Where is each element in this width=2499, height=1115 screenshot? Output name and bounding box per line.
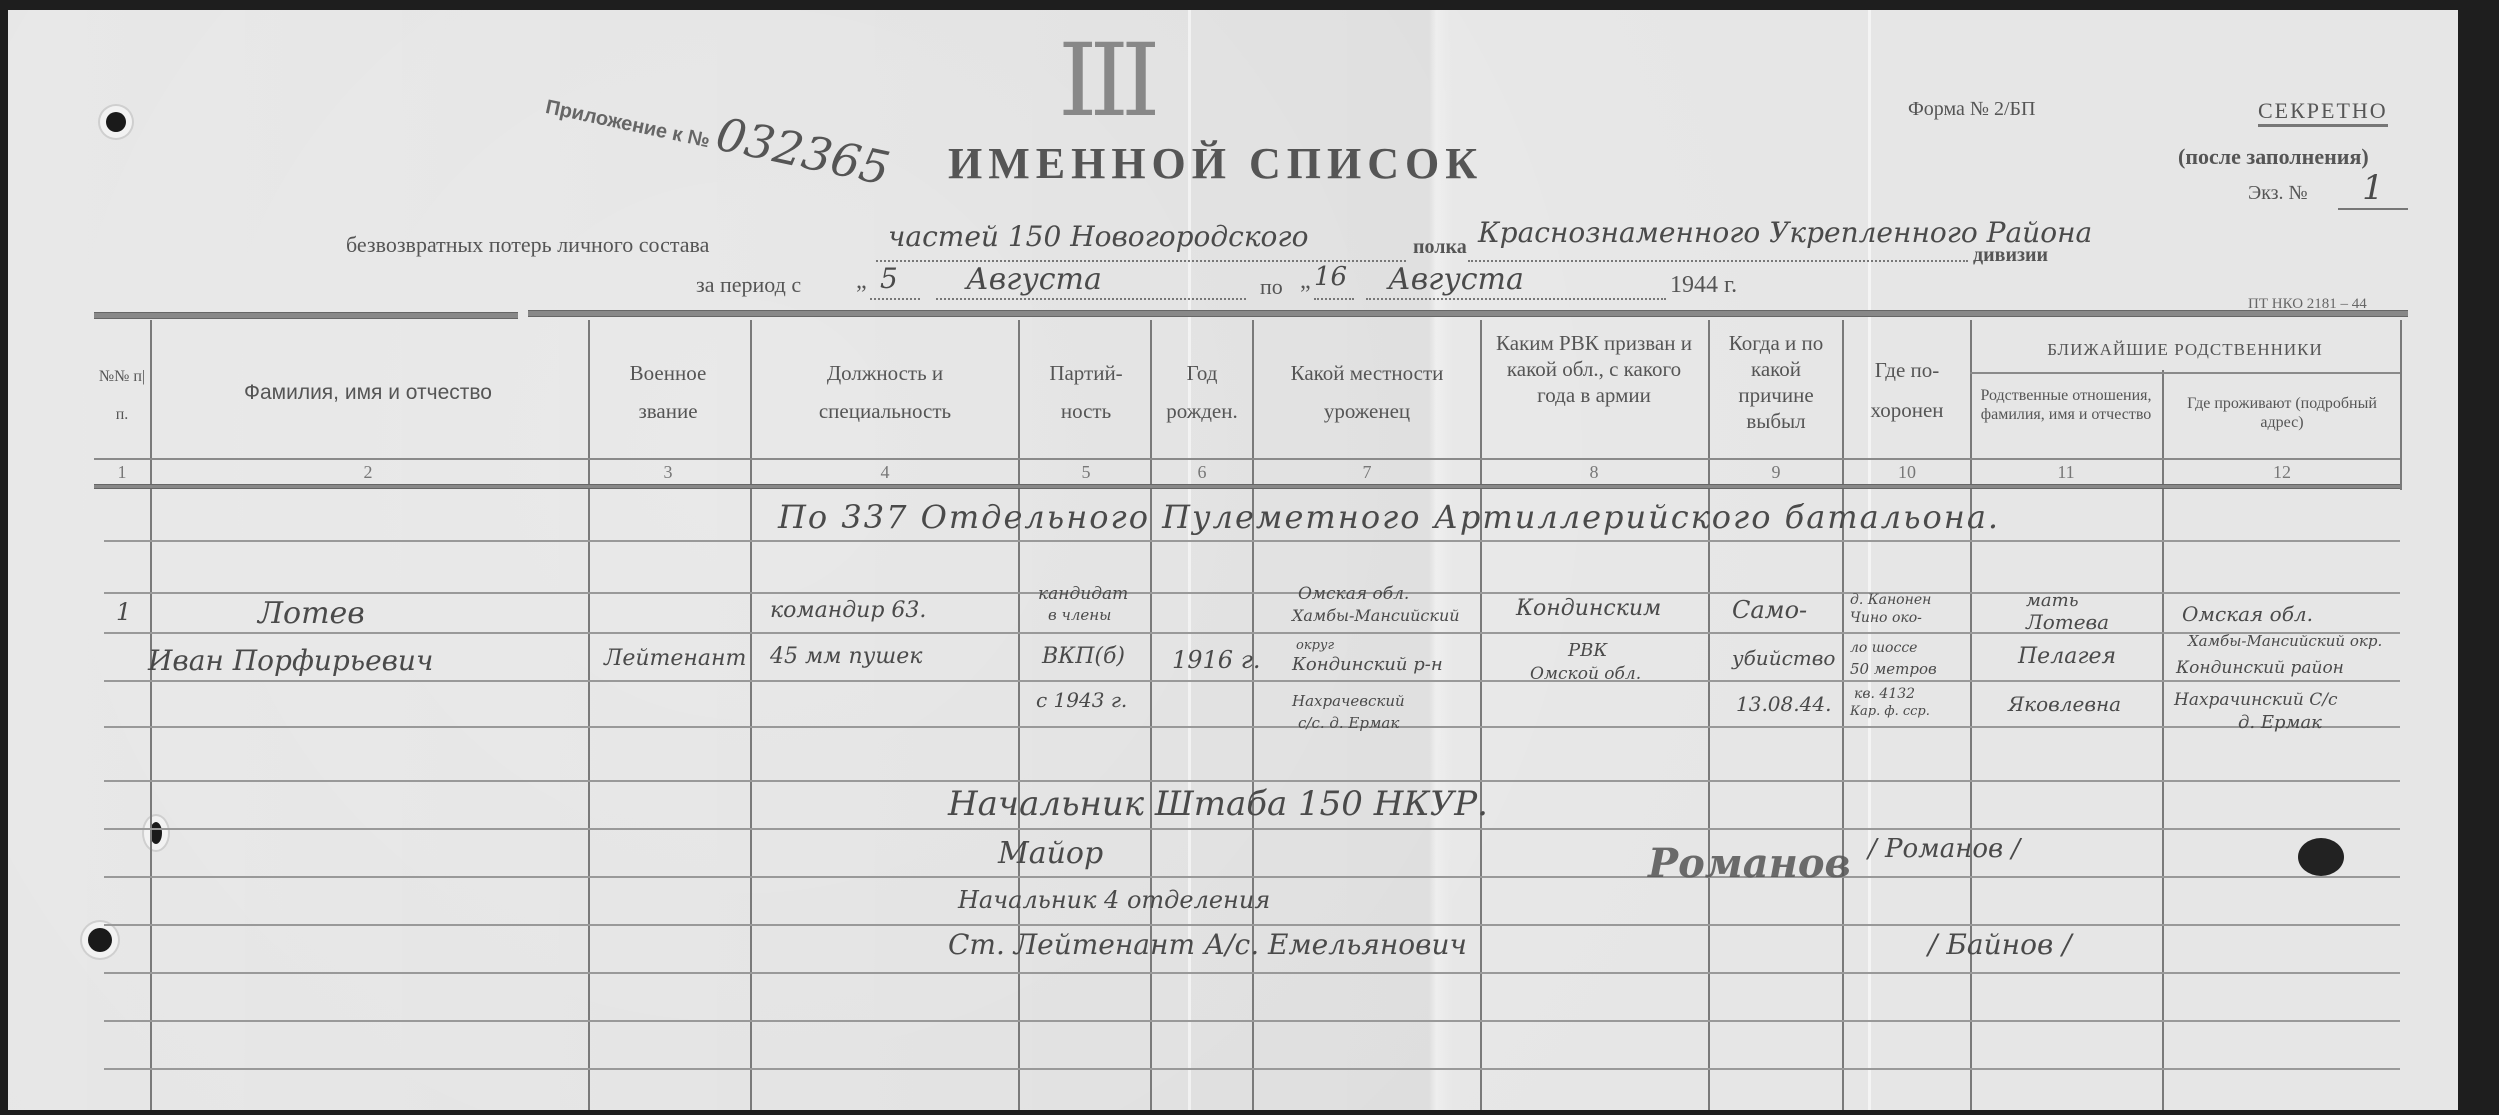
col-num: 7 bbox=[1262, 462, 1472, 483]
period-label: за период с bbox=[696, 272, 801, 298]
burial-place: Чино око- bbox=[1850, 610, 1922, 626]
period-to-day: 16 bbox=[1314, 262, 1347, 292]
col-num: 6 bbox=[1158, 462, 1246, 483]
col-num: 8 bbox=[1488, 462, 1700, 483]
stamp-number: 032365 bbox=[711, 107, 894, 196]
signatory-name-2: / Байнов / bbox=[1928, 928, 2072, 961]
col-header-2: Фамилия, имя и отчество bbox=[158, 374, 578, 412]
surname: Лотев bbox=[258, 596, 365, 631]
period-from-day: 5 bbox=[880, 262, 898, 295]
regiment-label: полка bbox=[1413, 236, 1467, 259]
birthplace: округ bbox=[1296, 638, 1334, 653]
relative-address: Омская обл. bbox=[2182, 602, 2313, 626]
draft-region: Омской обл. bbox=[1530, 664, 1641, 684]
military-rank: Лейтенант bbox=[604, 646, 746, 671]
specialty: 45 мм пушек bbox=[770, 644, 922, 669]
ink-blot bbox=[2298, 838, 2344, 876]
relative-patronymic: Яковлевна bbox=[2008, 692, 2121, 716]
birthplace: Хамбы-Мансийский bbox=[1292, 606, 1460, 625]
relative-name: Пелагея bbox=[2018, 644, 2116, 669]
relative-address: д. Ермак bbox=[2238, 712, 2322, 733]
copy-label: Экз. № bbox=[2248, 182, 2308, 205]
document-page: Приложение к № 032365 III ИМЕННОЙ СПИСОК… bbox=[8, 10, 2458, 1110]
col-num: 2 bbox=[158, 462, 578, 483]
col-num: 12 bbox=[2172, 462, 2392, 483]
birthplace: Нахрачевский bbox=[1292, 692, 1405, 710]
relative-address: Хамбы-Мансийский окр. bbox=[2188, 632, 2382, 650]
dropout-date: 13.08.44. bbox=[1736, 692, 1831, 716]
burial-place: д. Канонен bbox=[1850, 592, 1931, 608]
row-number: 1 bbox=[116, 598, 131, 626]
relative-relation: мать bbox=[2026, 590, 2079, 611]
col-num: 4 bbox=[760, 462, 1010, 483]
chief-of-staff-title: Начальник Штаба 150 НКУР. bbox=[948, 784, 1488, 824]
burial-place: 50 метров bbox=[1850, 660, 1937, 678]
dropout-reason: Само- bbox=[1732, 596, 1807, 624]
punch-hole bbox=[106, 112, 126, 132]
col-header-6: Год рожден. bbox=[1158, 354, 1246, 430]
relatives-group-header: БЛИЖАЙШИЕ РОДСТВЕННИКИ bbox=[1970, 338, 2400, 362]
period-year: 1944 г. bbox=[1670, 272, 1737, 299]
draft-office: Кондинским bbox=[1516, 596, 1661, 621]
dropout-reason: убийство bbox=[1732, 646, 1835, 670]
signatory-name-1: / Романов / bbox=[1868, 834, 2020, 864]
birthplace: Кондинский р-н bbox=[1292, 654, 1443, 675]
party-membership: ВКП(б) bbox=[1042, 644, 1125, 669]
period-to-label: по bbox=[1260, 274, 1283, 300]
page-title: ИМЕННОЙ СПИСОК bbox=[948, 138, 1483, 189]
position: командир 63. bbox=[770, 598, 926, 623]
col-header-7: Какой местности уроженец bbox=[1262, 354, 1472, 430]
relative-address: Кондинский район bbox=[2176, 658, 2344, 678]
burial-place: кв. 4132 bbox=[1854, 686, 1915, 702]
birthplace: Омская обл. bbox=[1298, 584, 1409, 604]
subtitle-prefix: безвозвратных потерь личного состава bbox=[346, 232, 709, 258]
col-num: 9 bbox=[1716, 462, 1836, 483]
col-num: 1 bbox=[96, 462, 148, 483]
copy-number: 1 bbox=[2338, 168, 2408, 210]
chief-of-staff-rank: Майор bbox=[998, 836, 1103, 871]
division-label: дивизии bbox=[1973, 244, 2048, 267]
col-header-3: Военное звание bbox=[598, 354, 738, 430]
appendix-stamp: Приложение к № 032365 bbox=[542, 71, 894, 196]
form-number: Форма № 2/БП bbox=[1908, 98, 2035, 121]
col-num: 5 bbox=[1028, 462, 1144, 483]
col-header-4: Должность и специальность bbox=[760, 354, 1010, 430]
party-membership: в члены bbox=[1048, 606, 1111, 624]
col-num: 10 bbox=[1850, 462, 1964, 483]
burial-place: ло шоссе bbox=[1850, 640, 1917, 656]
secrecy-label: СЕКРЕТНО bbox=[2258, 98, 2388, 127]
secrecy-note: (после заполнения) bbox=[2178, 144, 2369, 170]
col-header-9: Когда и по какой причине выбыл bbox=[1716, 330, 1836, 434]
col-header-12: Где проживают (подробный адрес) bbox=[2172, 394, 2392, 432]
pencil-mark: III bbox=[1058, 22, 1153, 139]
relative-address: Нахрачинский С/с bbox=[2174, 690, 2338, 710]
col-num: 3 bbox=[598, 462, 738, 483]
department-chief-title: Начальник 4 отделения bbox=[958, 886, 1270, 914]
col-header-11: Родственные отношения, фамилия, имя и от… bbox=[1976, 386, 2156, 424]
draft-office: РВК bbox=[1568, 640, 1607, 661]
unit-name-field: частей 150 Новогородского bbox=[888, 220, 1308, 253]
birth-year: 1916 г. bbox=[1172, 646, 1260, 674]
paper-fold bbox=[1868, 10, 1871, 1110]
col-header-10: Где по-хоронен bbox=[1850, 350, 1964, 430]
party-since: с 1943 г. bbox=[1036, 688, 1127, 712]
signature-romanov: Романов bbox=[1648, 840, 1851, 887]
col-num: 11 bbox=[1976, 462, 2156, 483]
section-note: По 337 Отдельного Пулеметного Артиллерий… bbox=[778, 498, 2000, 536]
relative-surname: Лотева bbox=[2026, 610, 2109, 634]
department-chief-name: Ст. Лейтенант А/с. Емельянович bbox=[948, 928, 1467, 961]
col-header-8: Каким РВК призван и какой обл., с какого… bbox=[1488, 330, 1700, 408]
party-membership: кандидат bbox=[1038, 584, 1128, 604]
birthplace: с/с. д. Ермак bbox=[1298, 714, 1399, 732]
name-patronymic: Иван Порфирьевич bbox=[148, 644, 433, 677]
period-to-month: Августа bbox=[1388, 262, 1524, 297]
col-header-5: Партий-ность bbox=[1028, 354, 1144, 430]
col-header-1: №№ п|п. bbox=[96, 358, 148, 434]
burial-place: Кар. ф. сср. bbox=[1850, 704, 1930, 719]
stamp-label: Приложение к № bbox=[544, 96, 712, 152]
punch-hole bbox=[88, 928, 112, 952]
period-from-month: Августа bbox=[966, 262, 1102, 297]
